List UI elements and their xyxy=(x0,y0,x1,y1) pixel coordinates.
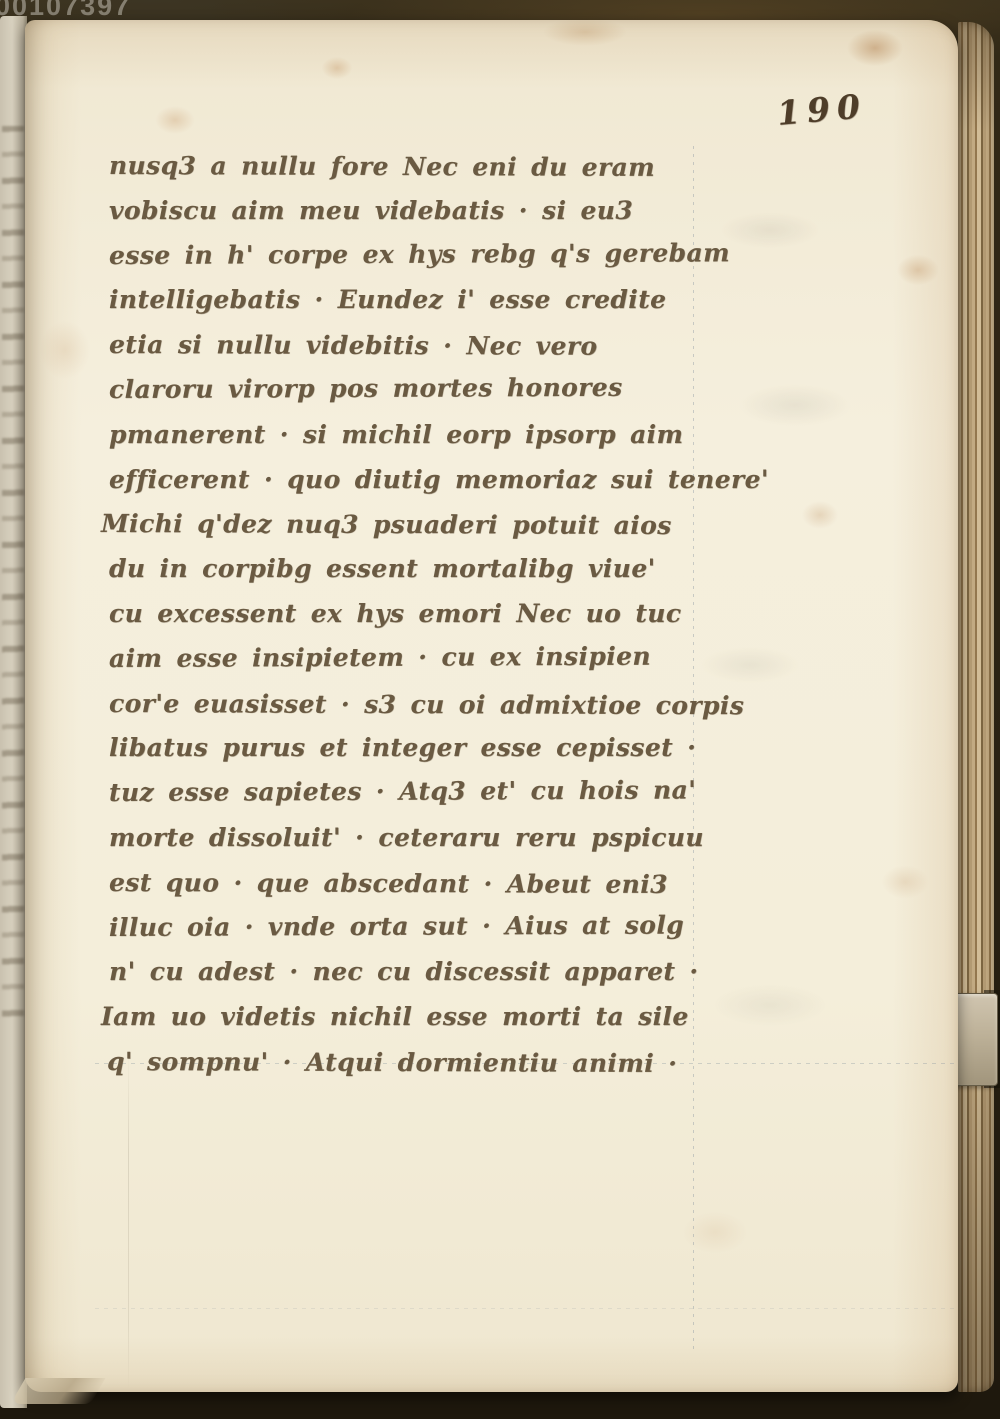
manuscript-text-line: efficerent · quo diutig memoriaz sui ten… xyxy=(109,458,717,503)
manuscript-text-line: q' sompnu' · Atqui dormientiu animi · xyxy=(107,1040,717,1087)
manuscript-text-line: cor'e euasisset · s3 cu oi admixtioe cor… xyxy=(109,682,717,729)
manuscript-text-line: morte dissoluit' · ceteraru reru pspicuu xyxy=(109,816,717,861)
paper-crease xyxy=(128,1050,129,1390)
manuscript-text-line: aim esse insipietem · cu ex insipien xyxy=(109,634,717,681)
folio-number: 190 xyxy=(775,86,868,133)
page-corner-curl xyxy=(10,1378,105,1404)
manuscript-text-line: pmanerent · si michil eorp ipsorp aim xyxy=(109,413,717,458)
manuscript-text-line: nusq3 a nullu fore Nec eni du eram xyxy=(109,144,717,191)
ruling-line-horizontal-2 xyxy=(95,1308,957,1309)
facing-page-edge xyxy=(0,16,27,1408)
manuscript-text-line: Iam uo videtis nichil esse morti ta sile xyxy=(101,995,717,1040)
manuscript-text-line: est quo · que abscedant · Abeut eni3 xyxy=(109,861,717,908)
text-lines: nusq3 a nullu fore Nec eni du eramvobisc… xyxy=(109,144,717,1085)
manuscript-text-line: Michi q'dez nuq3 psuaderi potuit aios xyxy=(101,502,717,549)
manuscript-text-line: libatus purus et integer esse cepisset · xyxy=(109,726,717,771)
manuscript-photo: 00107397 190 nusq3 a nullu fore Nec eni … xyxy=(0,0,1000,1419)
manuscript-text-line: du in corpibg essent mortalibg viue' xyxy=(109,547,717,592)
manuscript-text-line: claroru virorp pos mortes honores xyxy=(109,365,717,412)
book-fore-edge xyxy=(958,22,994,1392)
manuscript-text-line: etia si nullu videbitis · Nec vero xyxy=(109,323,717,370)
manuscript-text-line: esse in h' corpe ex hys rebg q's gerebam xyxy=(109,231,717,278)
manuscript-text-line: tuz esse sapietes · Atq3 et' cu hois na' xyxy=(109,769,717,816)
manuscript-page: 190 nusq3 a nullu fore Nec eni du eramvo… xyxy=(25,20,958,1392)
manuscript-text-line: intelligebatis · Eundez i' esse credite xyxy=(109,278,717,323)
facing-page-ghost-text xyxy=(2,126,24,1026)
manuscript-text-line: vobiscu aim meu videbatis · si eu3 xyxy=(109,189,717,234)
manuscript-text-line: n' cu adest · nec cu discessit apparet · xyxy=(109,950,717,995)
manuscript-text-line: cu excessent ex hys emori Nec uo tuc xyxy=(109,592,717,637)
manuscript-text-line: illuc oia · vnde orta sut · Aius at solg xyxy=(109,903,717,950)
